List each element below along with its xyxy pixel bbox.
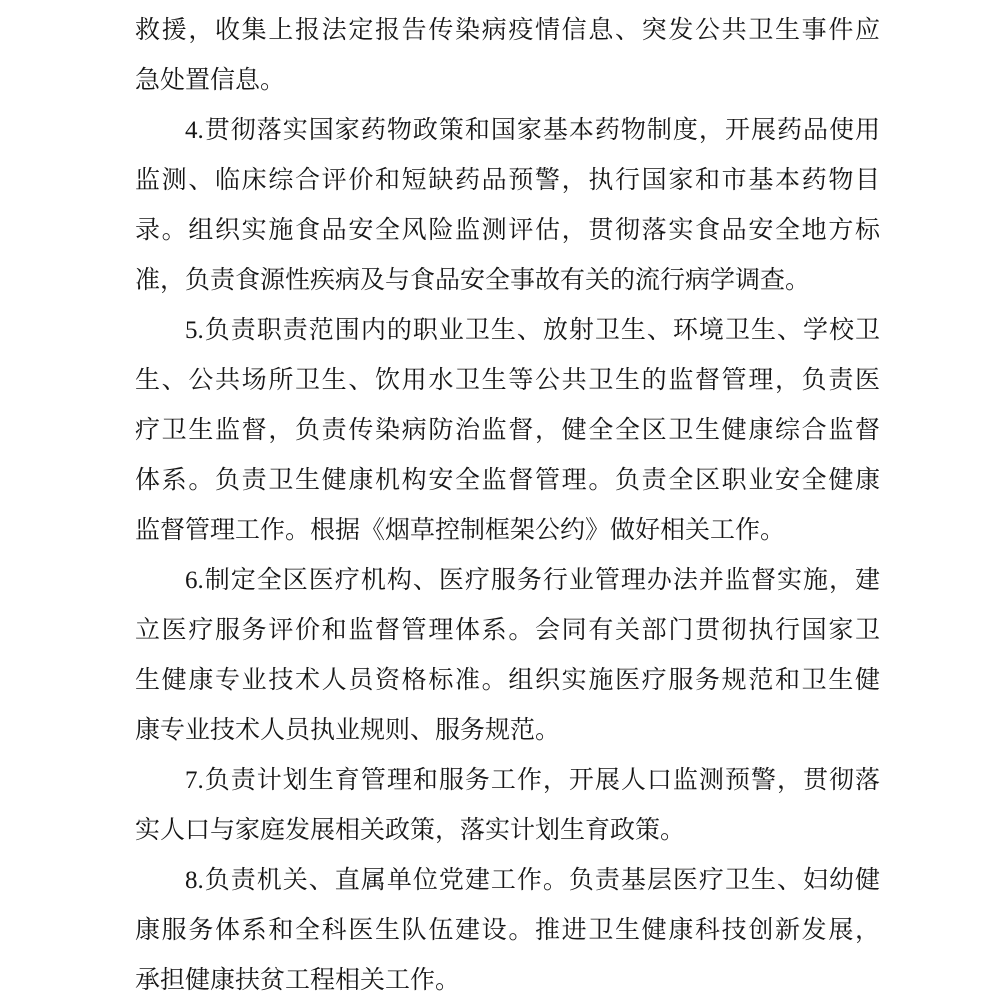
text-line: 监测、临床综合评价和短缺药品预警，执行国家和市基本药物目: [135, 156, 880, 206]
text-line: 立医疗服务评价和监督管理体系。会同有关部门贯彻执行国家卫: [135, 606, 880, 656]
text-line: 体系。负责卫生健康机构安全监督管理。负责全区职业安全健康: [135, 456, 880, 506]
document-body: 救援，收集上报法定报告传染病疫情信息、突发公共卫生事件应急处置信息。4.贯彻落实…: [135, 6, 880, 1002]
text-line: 疗卫生监督，负责传染病防治监督，健全全区卫生健康综合监督: [135, 406, 880, 456]
text-line: 准，负责食源性疾病及与食品安全事故有关的流行病学调查。: [135, 256, 880, 306]
text-line: 承担健康扶贫工程相关工作。: [135, 956, 880, 1002]
text-line: 6.制定全区医疗机构、医疗服务行业管理办法并监督实施，建: [135, 556, 880, 606]
text-line: 生健康专业技术人员资格标准。组织实施医疗服务规范和卫生健: [135, 656, 880, 706]
text-line: 录。组织实施食品安全风险监测评估，贯彻落实食品安全地方标: [135, 206, 880, 256]
text-line: 监督管理工作。根据《烟草控制框架公约》做好相关工作。: [135, 506, 880, 556]
text-line: 康专业技术人员执业规则、服务规范。: [135, 706, 880, 756]
text-line: 急处置信息。: [135, 56, 880, 106]
text-line: 5.负责职责范围内的职业卫生、放射卫生、环境卫生、学校卫: [135, 306, 880, 356]
document-page: 救援，收集上报法定报告传染病疫情信息、突发公共卫生事件应急处置信息。4.贯彻落实…: [0, 0, 1000, 1002]
text-line: 8.负责机关、直属单位党建工作。负责基层医疗卫生、妇幼健: [135, 856, 880, 906]
text-line: 康服务体系和全科医生队伍建设。推进卫生健康科技创新发展，: [135, 906, 880, 956]
text-line: 7.负责计划生育管理和服务工作，开展人口监测预警，贯彻落: [135, 756, 880, 806]
text-line: 实人口与家庭发展相关政策，落实计划生育政策。: [135, 806, 880, 856]
text-line: 4.贯彻落实国家药物政策和国家基本药物制度，开展药品使用: [135, 106, 880, 156]
text-line: 生、公共场所卫生、饮用水卫生等公共卫生的监督管理，负责医: [135, 356, 880, 406]
text-line: 救援，收集上报法定报告传染病疫情信息、突发公共卫生事件应: [135, 6, 880, 56]
